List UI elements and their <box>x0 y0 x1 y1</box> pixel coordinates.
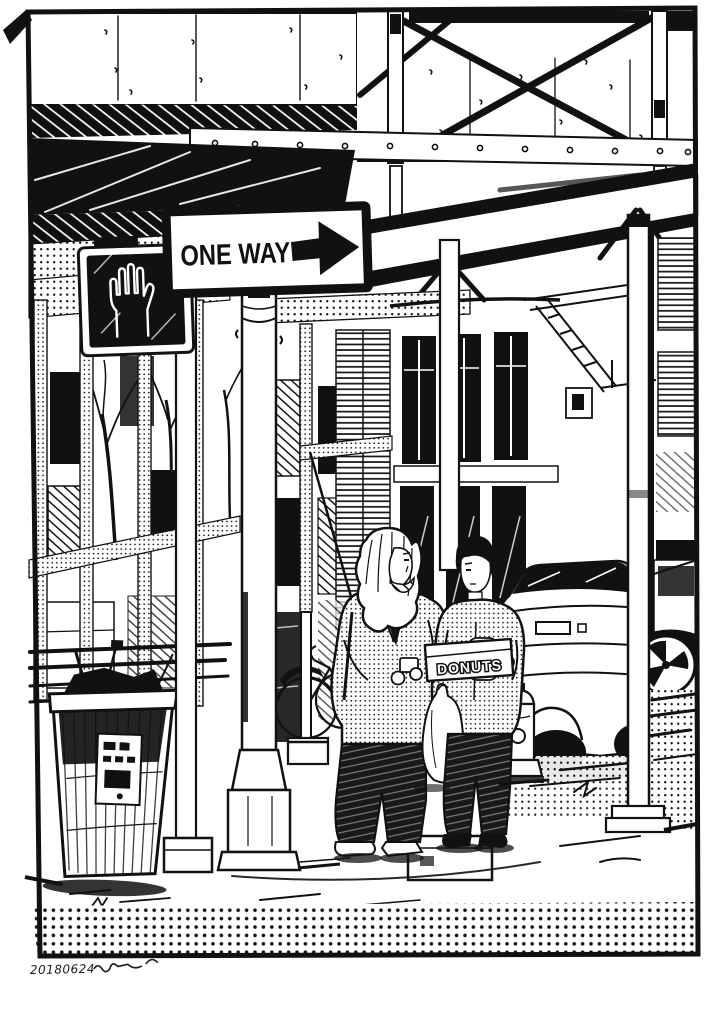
comic-illustration: DONUTS ONE WAY 20180624 <box>0 0 715 1010</box>
bottom-halftone-band <box>31 902 696 956</box>
one-way-sign: ONE WAY <box>166 206 368 294</box>
one-way-label: ONE WAY <box>180 237 291 272</box>
donuts-box: DONUTS <box>425 639 513 681</box>
illustration-canvas: DONUTS ONE WAY 20180624 <box>0 0 715 1010</box>
signature-date: 20180624 <box>30 962 95 977</box>
